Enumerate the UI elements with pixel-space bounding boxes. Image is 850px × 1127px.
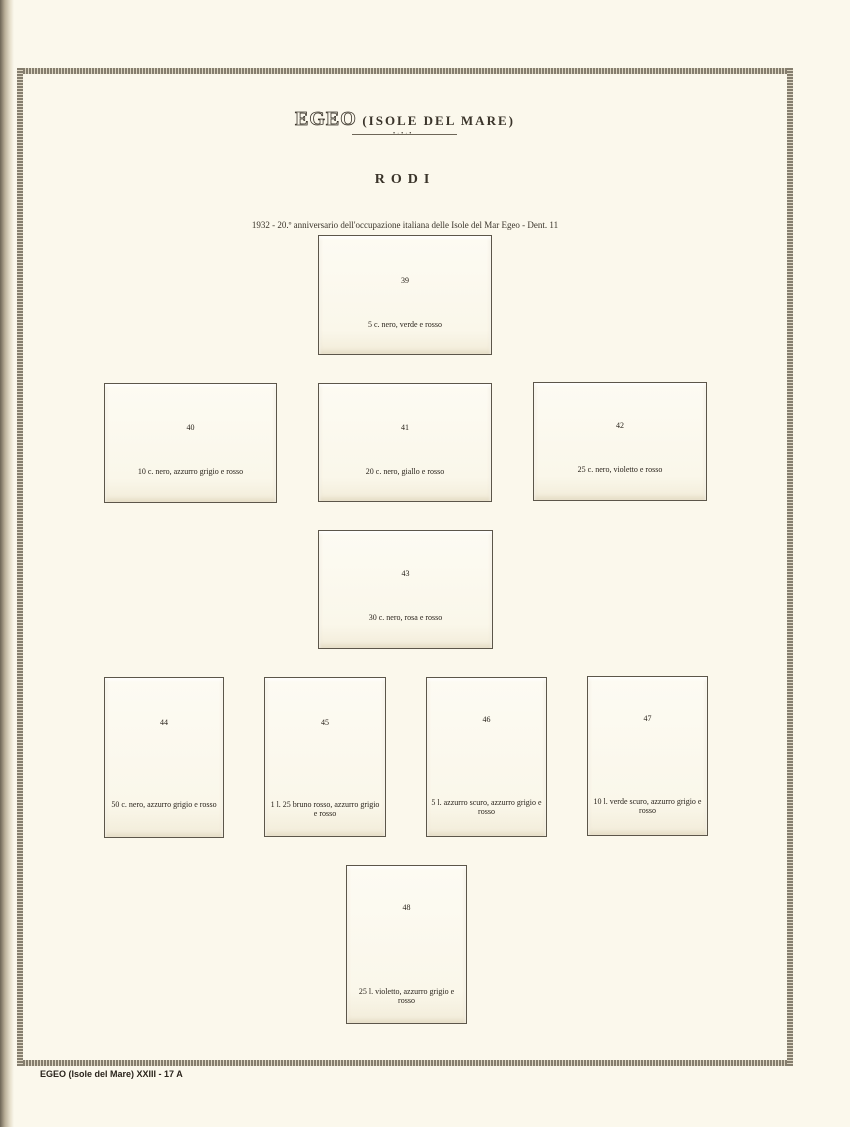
stamp-slot-41[interactable]: 41 20 c. nero, giallo e rosso: [318, 383, 492, 502]
stamp-slot-45[interactable]: 45 1 l. 25 bruno rosso, azzurro grigio e…: [264, 677, 386, 837]
section-title: RODI: [0, 172, 810, 188]
stamp-number: 46: [427, 715, 546, 724]
border-bottom: [17, 1060, 793, 1066]
stamp-slot-40[interactable]: 40 10 c. nero, azzurro grigio e rosso: [104, 383, 277, 503]
stamp-description: 50 c. nero, azzurro grigio e rosso: [109, 800, 219, 809]
stamp-number: 39: [319, 276, 491, 285]
stamp-slot-46[interactable]: 46 5 l. azzurro scuro, azzurro grigio e …: [426, 677, 547, 837]
title-main: EGEO: [295, 108, 357, 130]
issue-caption: 1932 - 20.º anniversario dell'occupazion…: [0, 220, 810, 230]
stamp-slot-39[interactable]: 39 5 c. nero, verde e rosso: [318, 235, 492, 355]
page-binding-shadow: [0, 0, 14, 1127]
stamp-number: 47: [588, 714, 707, 723]
stamp-number: 41: [319, 423, 491, 432]
stamp-description: 5 l. azzurro scuro, azzurro grigio e ros…: [431, 798, 542, 816]
stamp-number: 43: [319, 569, 492, 578]
footer-text: EGEO (Isole del Mare) XXIII - 17 A: [40, 1069, 183, 1079]
stamp-number: 48: [347, 903, 466, 912]
title-sub: (ISOLE DEL MARE): [362, 113, 515, 128]
stamp-description: 30 c. nero, rosa e rosso: [323, 613, 488, 622]
stamp-description: 10 l. verde scuro, azzurro grigio e ross…: [592, 797, 703, 815]
stamp-description: 5 c. nero, verde e rosso: [323, 320, 487, 329]
stamp-number: 45: [265, 718, 385, 727]
stamp-slot-44[interactable]: 44 50 c. nero, azzurro grigio e rosso: [104, 677, 224, 838]
border-top: [17, 68, 793, 74]
page-title: EGEO (ISOLE DEL MARE): [0, 108, 810, 131]
stamp-slot-43[interactable]: 43 30 c. nero, rosa e rosso: [318, 530, 493, 649]
stamp-description: 10 c. nero, azzurro grigio e rosso: [135, 467, 246, 476]
stamp-description: 25 c. nero, violetto e rosso: [538, 465, 702, 474]
stamp-slot-47[interactable]: 47 10 l. verde scuro, azzurro grigio e r…: [587, 676, 708, 836]
stamp-slot-42[interactable]: 42 25 c. nero, violetto e rosso: [533, 382, 707, 501]
stamp-slot-48[interactable]: 48 25 l. violetto, azzurro grigio e ross…: [346, 865, 467, 1024]
stamp-description: 1 l. 25 bruno rosso, azzurro grigio e ro…: [269, 800, 381, 818]
stamp-number: 44: [105, 718, 223, 727]
stamp-number: 42: [534, 421, 706, 430]
divider-ornament-icon: •·•·•: [393, 131, 413, 137]
stamp-description: 20 c. nero, giallo e rosso: [323, 467, 487, 476]
border-left: [17, 68, 23, 1066]
stamp-number: 40: [105, 423, 276, 432]
page-footer-label: EGEO (Isole del Mare) XXIII - 17 A: [40, 1069, 183, 1079]
stamp-description: 25 l. violetto, azzurro grigio e rosso: [351, 987, 462, 1005]
border-right: [787, 68, 793, 1066]
